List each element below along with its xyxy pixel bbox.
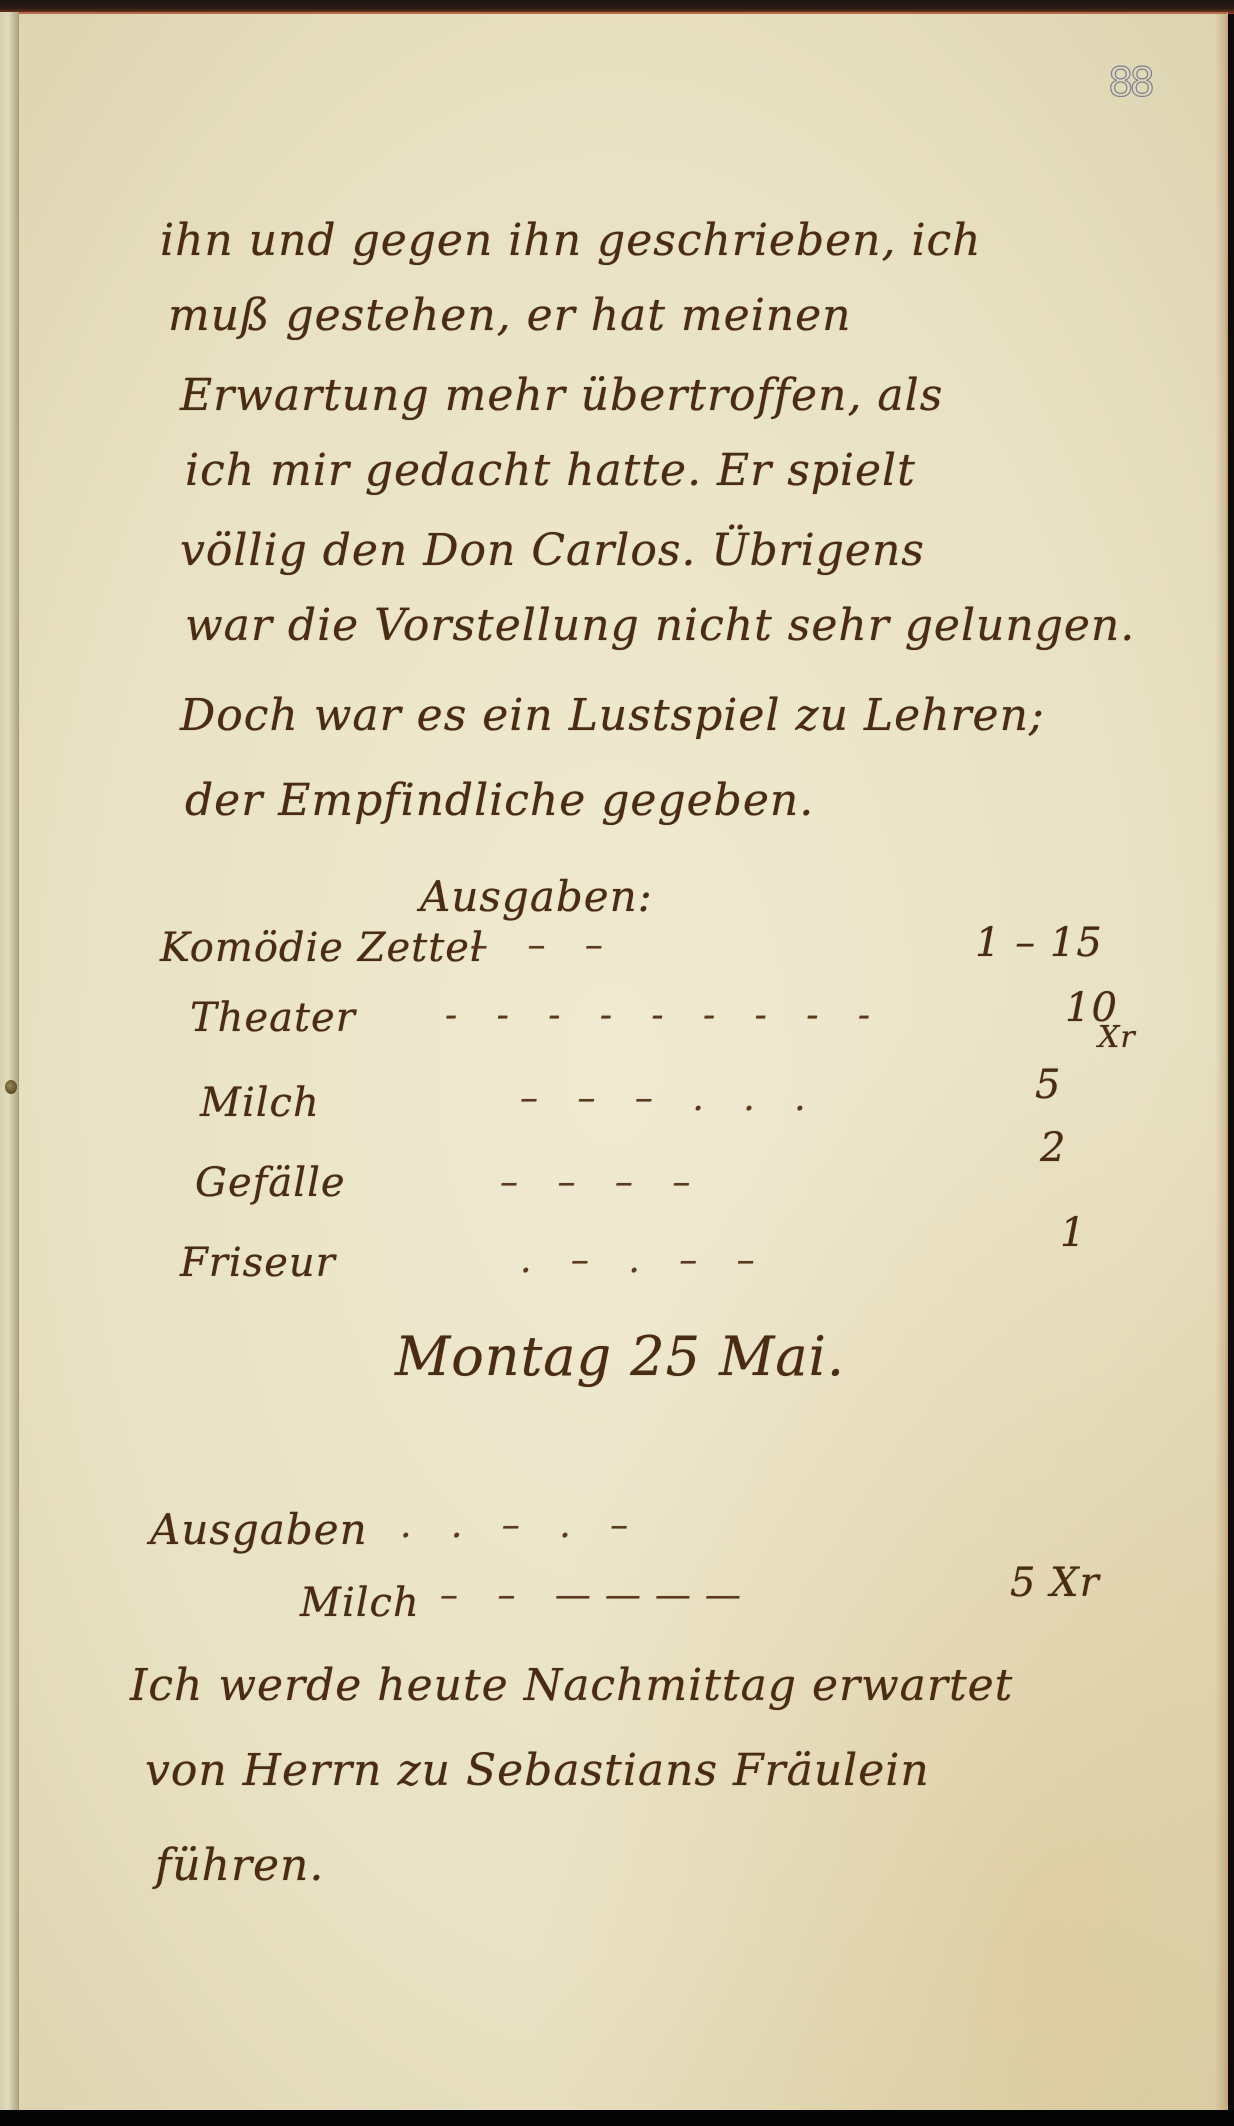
diary-line: Erwartung mehr übertroffen, als xyxy=(180,370,943,421)
page-right-edge xyxy=(1215,12,1226,2112)
binding-stitch xyxy=(5,1080,17,1094)
note-line: Ich werde heute Nachmittag erwartet xyxy=(130,1660,1013,1711)
expense-amount: 5 Xr xyxy=(1010,1560,1100,1606)
expense-leader: – – – – xyxy=(500,1162,704,1203)
diary-line: war die Vorstellung nicht sehr gelungen. xyxy=(185,600,1135,651)
expense-label: Friseur xyxy=(180,1240,336,1286)
expense-label: Komödie Zettel xyxy=(160,925,484,971)
expenses-title: Ausgaben xyxy=(150,1505,368,1554)
expense-leader: – – – xyxy=(470,925,617,966)
expense-leader: – – ———— xyxy=(440,1575,755,1616)
page-number: 88 xyxy=(1108,60,1151,106)
diary-line: muß gestehen, er hat meinen xyxy=(168,290,851,341)
expense-label: Theater xyxy=(190,995,356,1041)
expenses-title: Ausgaben: xyxy=(420,872,653,921)
expense-amount: 1 – 15 xyxy=(975,920,1103,966)
note-line: führen. xyxy=(155,1840,324,1891)
date-heading: Montag 25 Mai. xyxy=(395,1325,845,1388)
currency-mark: Xr xyxy=(1098,1020,1136,1055)
expense-leader: . . – . – xyxy=(400,1505,642,1546)
expense-leader: . – . – – xyxy=(520,1240,769,1281)
diary-line: der Empfindliche gegeben. xyxy=(185,775,814,826)
book-gutter xyxy=(0,12,19,2112)
expense-amount: 2 xyxy=(1040,1125,1066,1171)
book-bottom-edge xyxy=(0,2110,1234,2126)
expense-amount: 1 xyxy=(1060,1210,1086,1256)
expense-label: Gefälle xyxy=(195,1160,346,1206)
expense-label: Milch xyxy=(300,1580,420,1626)
expense-label: Milch xyxy=(200,1080,320,1126)
diary-line: völlig den Don Carlos. Übrigens xyxy=(180,525,925,576)
note-line: von Herrn zu Sebastians Fräulein xyxy=(145,1745,930,1796)
expense-amount: 5 xyxy=(1035,1062,1061,1108)
diary-line: ich mir gedacht hatte. Er spielt xyxy=(185,445,916,496)
expense-leader: - - - - - - - - - xyxy=(445,995,884,1036)
diary-line: ihn und gegen ihn geschrieben, ich xyxy=(160,215,982,266)
expense-leader: – – – . . . xyxy=(520,1078,820,1119)
diary-line: Doch war es ein Lustspiel zu Lehren; xyxy=(180,690,1045,741)
